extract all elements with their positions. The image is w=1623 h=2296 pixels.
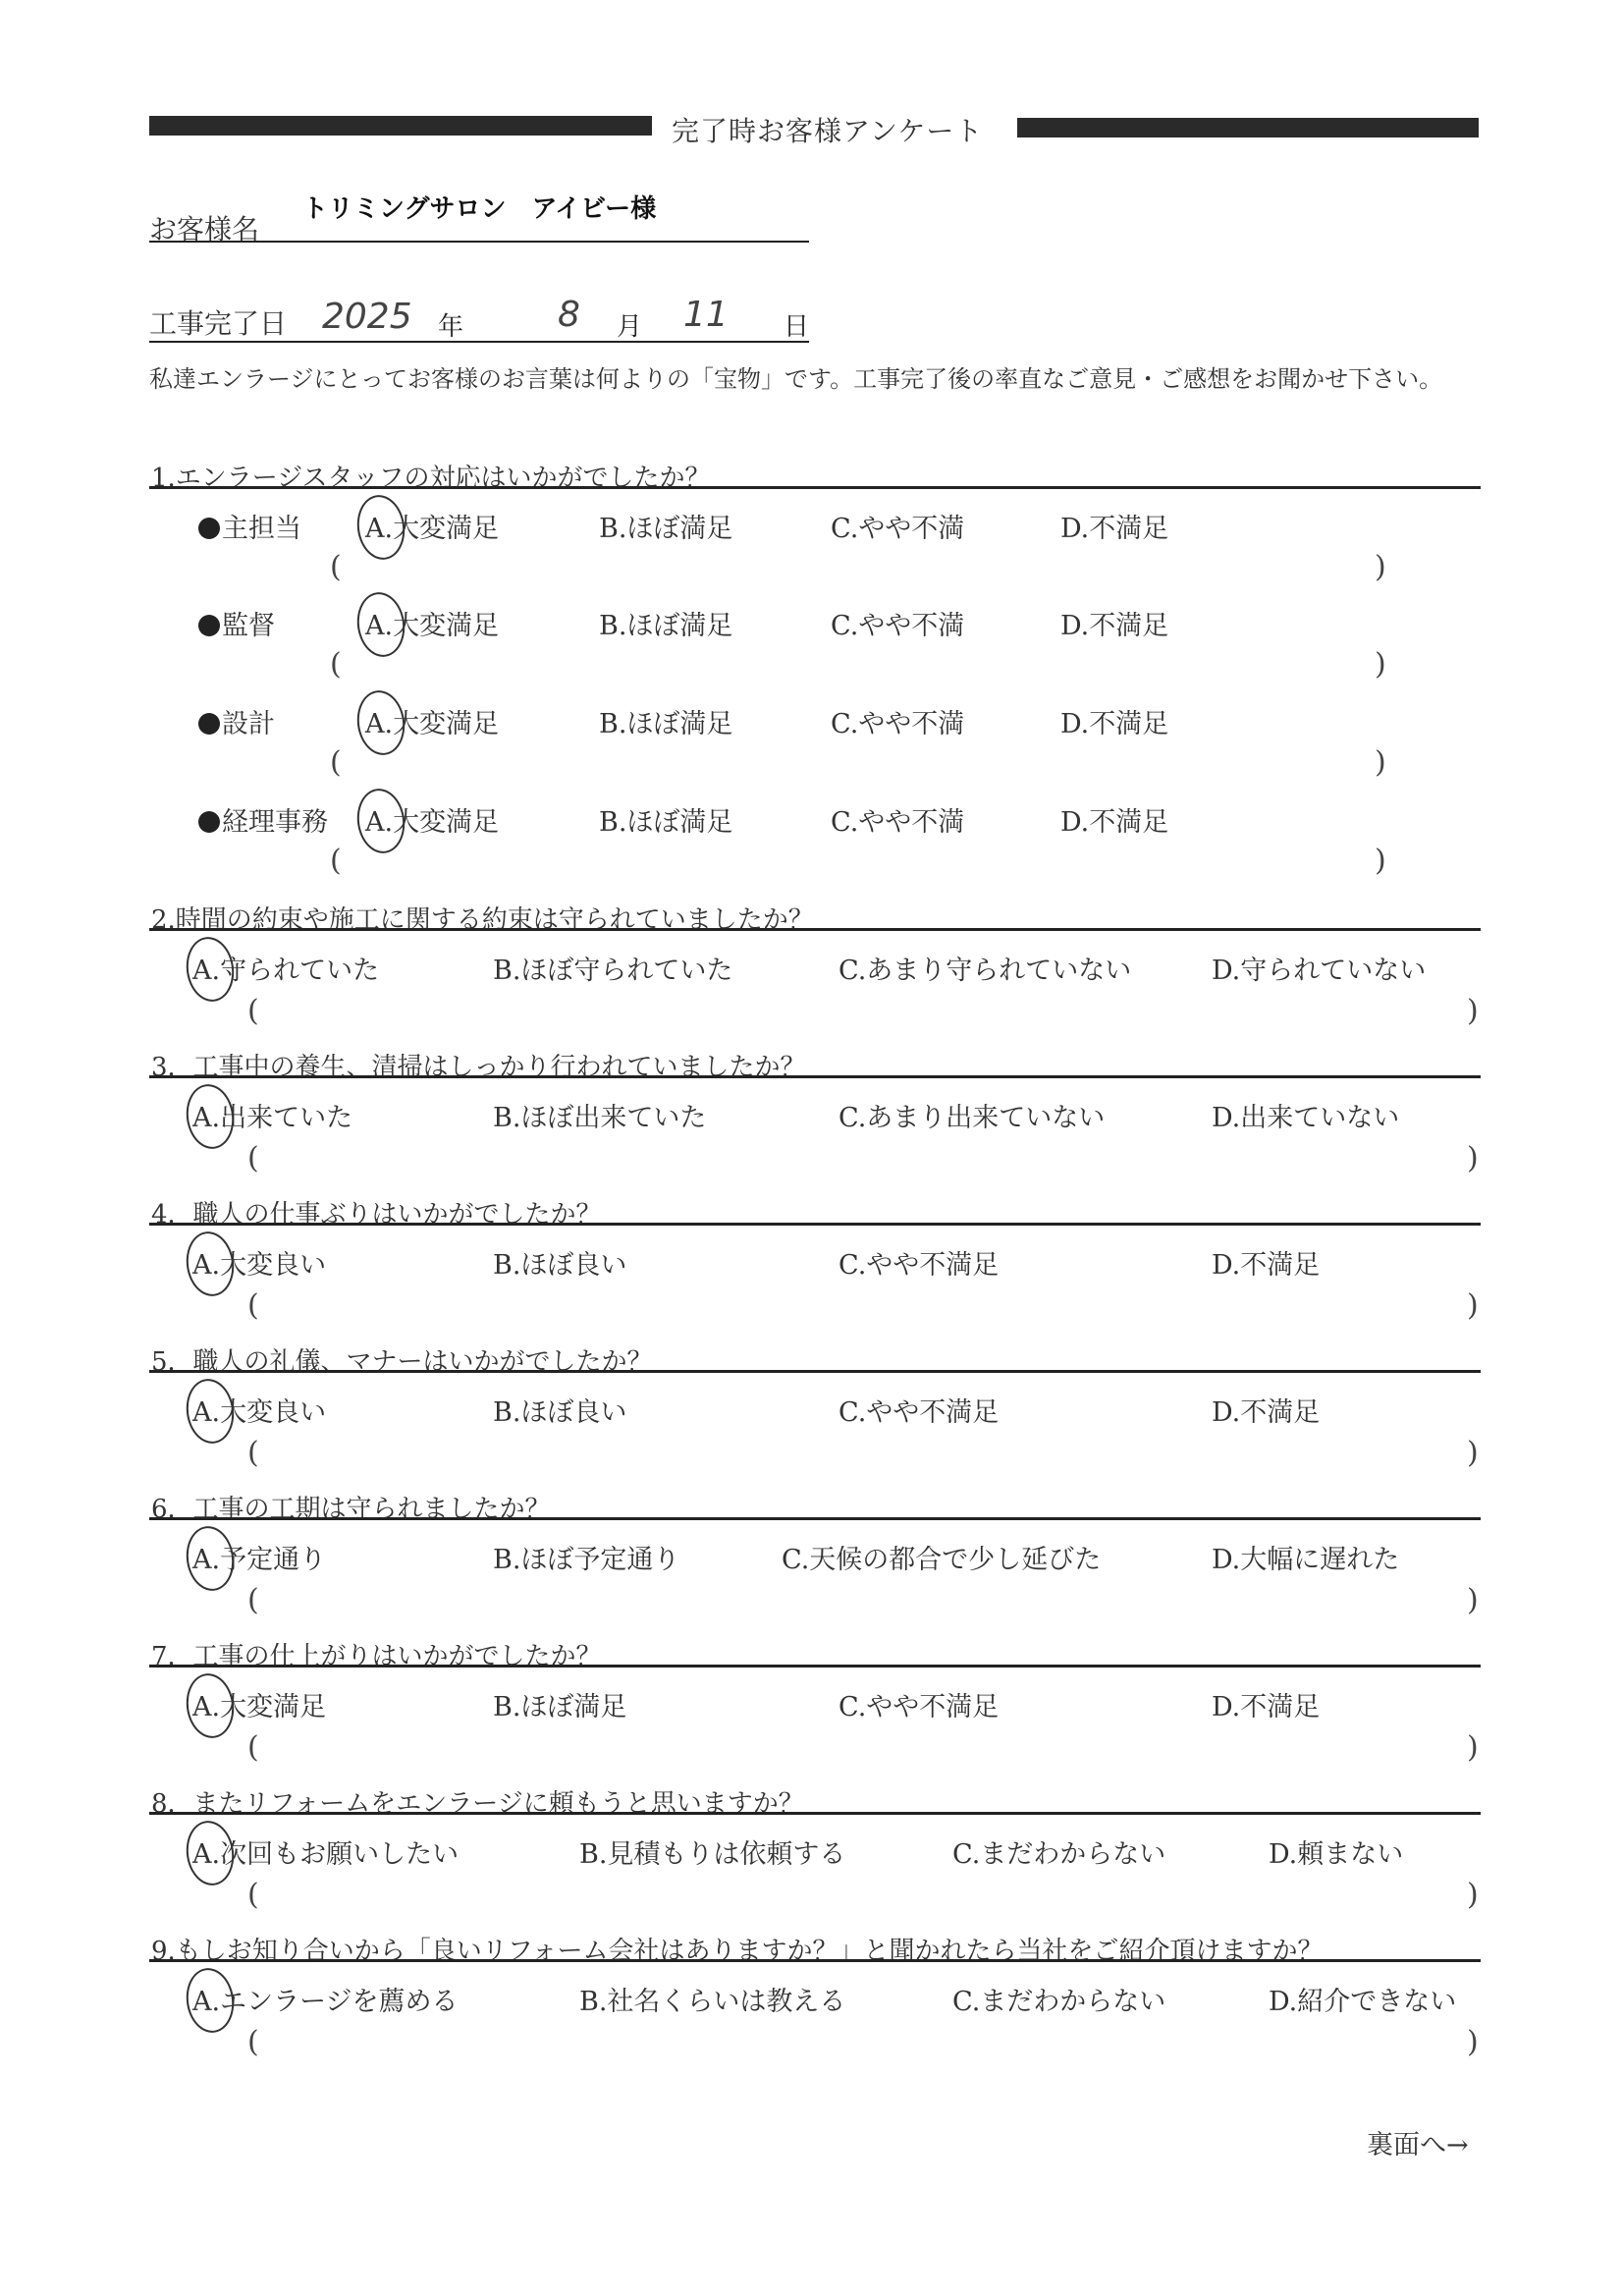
role-label: 設計 <box>198 702 275 740</box>
comment-open-paren[interactable]: ( <box>330 745 342 780</box>
option-d[interactable]: D.不満足 <box>1060 800 1168 839</box>
question-4-rule <box>149 1223 1481 1226</box>
option-c[interactable]: C.まだわからない <box>952 1980 1165 2018</box>
option-c[interactable]: C.あまり守られていない <box>839 949 1131 987</box>
comment-open-paren[interactable]: ( <box>247 1436 259 1470</box>
completion-day-value[interactable]: 11 <box>683 295 729 335</box>
bullet-icon <box>198 615 220 636</box>
comment-open-paren[interactable]: ( <box>330 550 342 584</box>
comment-open-paren[interactable]: ( <box>247 1878 259 1912</box>
comment-close-paren: ) <box>1467 1583 1479 1617</box>
selected-circle-mark <box>183 934 239 1005</box>
option-b[interactable]: B.ほぼ予定通り <box>493 1538 679 1576</box>
comment-close-paren: ) <box>1375 745 1386 780</box>
option-b[interactable]: B.ほぼ満足 <box>599 800 732 839</box>
question-6-rule <box>149 1517 1481 1520</box>
header-bar-right <box>1017 118 1479 137</box>
selected-circle-mark <box>353 589 409 660</box>
option-c[interactable]: C.やや不満足 <box>839 1685 999 1723</box>
option-b[interactable]: B.社名くらいは教える <box>579 1980 845 2018</box>
intro-text: 私達エンラージにとってお客様のお言葉は何よりの「宝物」です。工事完了後の率直なご… <box>149 359 1442 394</box>
option-d[interactable]: D.不満足 <box>1212 1243 1320 1282</box>
bullet-icon <box>198 518 220 539</box>
question-1-rule <box>149 486 1481 489</box>
selected-circle-mark <box>183 1818 239 1888</box>
option-b[interactable]: B.ほぼ満足 <box>599 702 732 740</box>
header-bar-left <box>149 116 652 136</box>
comment-close-paren: ) <box>1467 1878 1479 1912</box>
comment-open-paren[interactable]: ( <box>247 994 259 1028</box>
question-2-rule <box>149 928 1481 931</box>
option-d[interactable]: D.守られていない <box>1212 949 1426 987</box>
customer-name-value[interactable]: トリミングサロン アイビー様 <box>302 189 656 225</box>
selected-circle-mark <box>183 1229 239 1299</box>
option-d[interactable]: D.不満足 <box>1060 507 1168 545</box>
option-b[interactable]: B.ほぼ出来ていた <box>493 1096 706 1134</box>
option-c[interactable]: C.天候の都合で少し延びた <box>782 1538 1101 1576</box>
year-unit: 年 <box>438 306 463 343</box>
comment-close-paren: ) <box>1467 1288 1479 1323</box>
role-label: 監督 <box>198 604 275 642</box>
option-d[interactable]: D.不満足 <box>1060 604 1168 642</box>
comment-close-paren: ) <box>1467 2025 1479 2059</box>
role-name: 主担当 <box>222 514 301 544</box>
option-d[interactable]: D.不満足 <box>1212 1391 1320 1429</box>
selected-circle-mark <box>183 1523 239 1594</box>
comment-close-paren: ) <box>1467 1141 1479 1175</box>
option-c[interactable]: C.あまり出来ていない <box>839 1096 1105 1134</box>
role-name: 経理事務 <box>222 807 328 838</box>
form-title: 完了時お客様アンケート <box>672 110 983 149</box>
question-7-rule <box>149 1665 1481 1667</box>
next-page-link[interactable]: 裏面へ→ <box>1367 2123 1469 2161</box>
option-c[interactable]: C.やや不満 <box>831 604 964 642</box>
selected-circle-mark <box>183 1670 239 1741</box>
option-d[interactable]: D.紹介できない <box>1269 1980 1456 2018</box>
role-name: 監督 <box>222 611 275 641</box>
option-b[interactable]: B.ほぼ良い <box>493 1391 626 1429</box>
bullet-icon <box>198 713 220 735</box>
comment-close-paren: ) <box>1467 1730 1479 1765</box>
comment-close-paren: ) <box>1375 647 1386 682</box>
comment-open-paren[interactable]: ( <box>330 844 342 878</box>
month-unit: 月 <box>617 306 642 343</box>
option-c[interactable]: C.やや不満 <box>831 507 964 545</box>
question-8-rule <box>149 1812 1481 1815</box>
option-c[interactable]: C.まだわからない <box>952 1832 1165 1871</box>
role-label: 主担当 <box>198 507 301 545</box>
comment-open-paren[interactable]: ( <box>247 1730 259 1765</box>
question-9-rule <box>149 1959 1481 1962</box>
option-c[interactable]: C.やや不満 <box>831 800 964 839</box>
customer-name-underline <box>149 241 809 243</box>
selected-circle-mark <box>183 1965 239 2036</box>
option-d[interactable]: D.大幅に遅れた <box>1212 1538 1399 1576</box>
option-c[interactable]: C.やや不満 <box>831 702 964 740</box>
question-3-rule <box>149 1075 1481 1078</box>
option-d[interactable]: D.頼まない <box>1269 1832 1403 1871</box>
selected-circle-mark <box>353 786 409 856</box>
option-b[interactable]: B.ほぼ満足 <box>493 1685 626 1723</box>
option-d[interactable]: D.不満足 <box>1212 1685 1320 1723</box>
option-c[interactable]: C.やや不満足 <box>839 1391 999 1429</box>
comment-close-paren: ) <box>1467 1436 1479 1470</box>
comment-open-paren[interactable]: ( <box>247 1288 259 1323</box>
role-label: 経理事務 <box>198 800 328 839</box>
option-b[interactable]: B.ほぼ良い <box>493 1243 626 1282</box>
comment-close-paren: ) <box>1375 550 1386 584</box>
completion-date-underline <box>149 341 809 343</box>
option-c[interactable]: C.やや不満足 <box>839 1243 999 1282</box>
comment-open-paren[interactable]: ( <box>247 1141 259 1175</box>
option-d[interactable]: D.出来ていない <box>1212 1096 1399 1134</box>
selected-circle-mark <box>183 1376 239 1447</box>
question-5-rule <box>149 1370 1481 1373</box>
completion-year-value[interactable]: 2025 <box>322 297 412 337</box>
option-b[interactable]: B.ほぼ満足 <box>599 507 732 545</box>
selected-circle-mark <box>353 687 409 758</box>
comment-close-paren: ) <box>1467 994 1479 1028</box>
option-b[interactable]: B.ほぼ満足 <box>599 604 732 642</box>
comment-open-paren[interactable]: ( <box>247 2025 259 2059</box>
selected-circle-mark <box>353 492 409 563</box>
option-b[interactable]: B.見積もりは依頼する <box>579 1832 845 1871</box>
comment-open-paren[interactable]: ( <box>247 1583 259 1617</box>
completion-date-label: 工事完了日 <box>149 302 287 342</box>
option-b[interactable]: B.ほぼ守られていた <box>493 949 732 987</box>
day-unit: 日 <box>784 306 809 343</box>
selected-circle-mark <box>183 1081 239 1152</box>
completion-month-value[interactable]: 8 <box>558 295 580 335</box>
comment-close-paren: ) <box>1375 844 1386 878</box>
comment-open-paren[interactable]: ( <box>330 647 342 682</box>
role-name: 設計 <box>222 709 275 739</box>
option-d[interactable]: D.不満足 <box>1060 702 1168 740</box>
bullet-icon <box>198 811 220 833</box>
